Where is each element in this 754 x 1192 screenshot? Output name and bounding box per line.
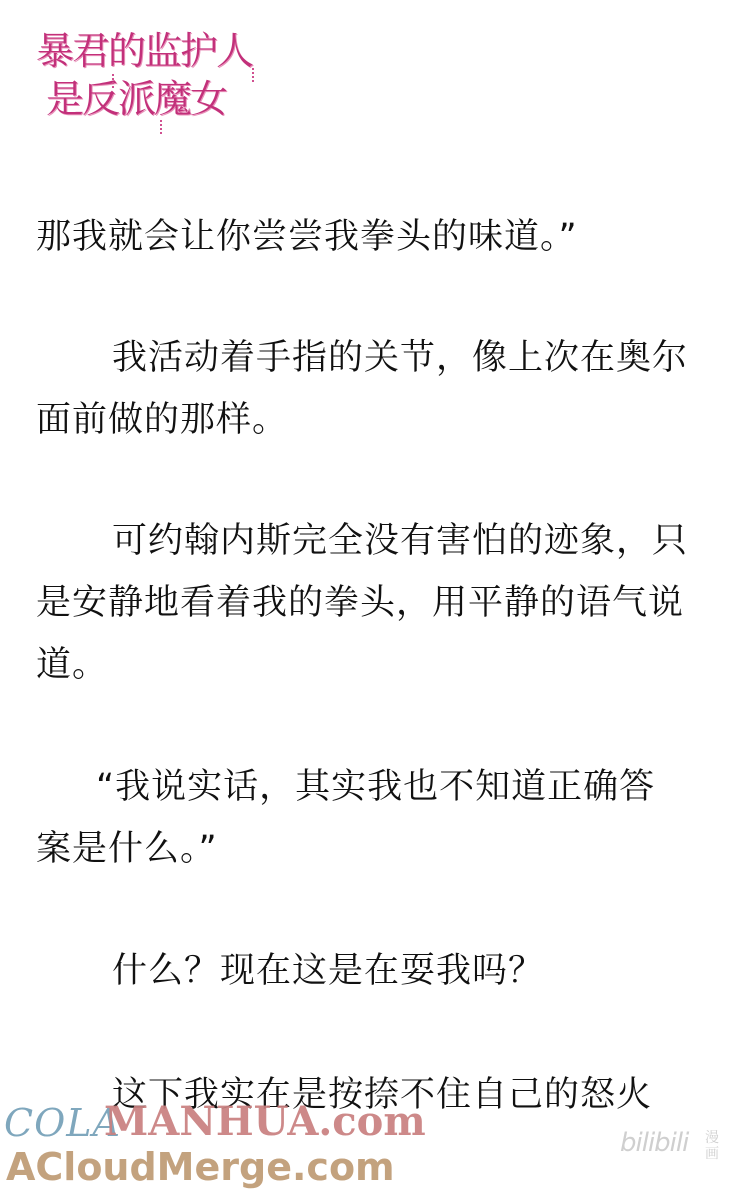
text-line: 是安静地看着我的拳头，用平静的语气说 (36, 572, 726, 634)
watermark-manhua: MANHUA.com (104, 1098, 426, 1145)
paragraph: 可约翰内斯完全没有害怕的迹象，只 是安静地看着我的拳头，用平静的语气说 道。 (36, 510, 726, 696)
bilibili-manhua-label: 漫画 (704, 1130, 720, 1162)
text-line: 什么？现在这是在耍我吗？ (36, 940, 726, 1002)
text-line: 可约翰内斯完全没有害怕的迹象，只 (36, 510, 726, 572)
text-line: 面前做的那样。 (36, 389, 726, 451)
logo-title-line-1: 暴君的监护人 (36, 32, 252, 70)
logo-ornament (112, 74, 116, 88)
bilibili-logo: bilibili (620, 1128, 688, 1158)
text-line: 道。 (36, 634, 726, 696)
watermark-acloudmerge: ACloudMerge.com (6, 1145, 395, 1189)
paragraph: 那我就会让你尝尝我拳头的味道。” (36, 206, 726, 268)
logo-ornament (160, 120, 164, 134)
logo-title-line-2: 是反派魔女 (46, 80, 226, 118)
paragraph: 什么？现在这是在耍我吗？ (36, 940, 726, 1002)
text-line: 案是什么。” (36, 818, 726, 880)
paragraph: “我说实话，其实我也不知道正确答 案是什么。” (36, 756, 726, 880)
text-line: “我说实话，其实我也不知道正确答 (36, 756, 726, 818)
comic-title-logo: 暴君的监护人 是反派魔女 (36, 28, 266, 138)
paragraph: 我活动着手指的关节，像上次在奥尔 面前做的那样。 (36, 327, 726, 451)
text-line: 我活动着手指的关节，像上次在奥尔 (36, 327, 726, 389)
text-line: 那我就会让你尝尝我拳头的味道。” (36, 206, 726, 268)
logo-ornament (252, 68, 256, 82)
